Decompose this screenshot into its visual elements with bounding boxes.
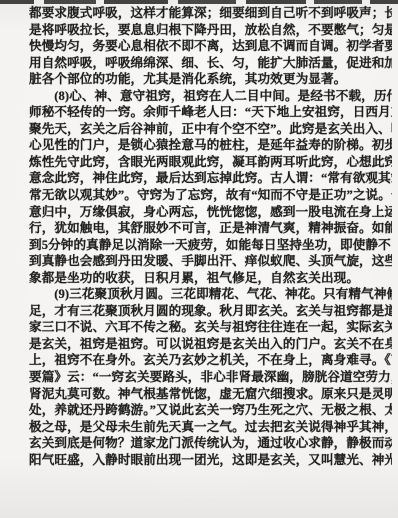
text-line: 常无欲以观其妙”。守窍为了忘窍，故有“知而不守是正功”之说。一 (29, 187, 392, 204)
scanned-book-page: 都要求腹式呼吸，这样才能算深；细要细到自己听不到呼吸声；长 是将呼吸拉长，要息息… (0, 0, 398, 518)
text-line: 极之母，是父母未生前先天真一之气。过去把玄关说得神乎其神， (29, 419, 392, 436)
text-line: 脏各个部位的功能，尤其是消化系统，其功效更为显著。 (29, 71, 392, 88)
text-line: 家三口不说、六耳不传之秘。玄关与祖窍往往连在一起，实际玄关 (29, 319, 392, 336)
text-line: 行，犹如触电，其舒服妙不可言，正是神清气爽，精神振奋。如能得 (29, 220, 392, 237)
text-line: 炼性先守此窍，含眼光两眼观此窍，凝耳韵两耳听此窍，心想此窍， (29, 154, 392, 171)
text-line: 处，养就还丹跨鹤游。”又说此玄关一窍乃生死之穴、无极之根、太 (29, 402, 392, 419)
scan-noise-speck (386, 447, 390, 450)
text-line-paragraph-9-start: (9)三花聚顶秋月圆。三花即精花、气花、神花。只有精气神修 (29, 286, 392, 303)
text-line: 意念此窍，神住此窍，最后达到忘掉此窍。古人谓：“常有欲观其窍， (29, 170, 392, 187)
text-line-paragraph-8-start: (8)心、神、意守祖窍，祖窍在人二目中间。是经书不载，历代祖 (29, 88, 392, 105)
text-line: 到5分钟的真静足以消除一天疲劳，如能每日坚持坐功，即使静不 (29, 237, 392, 254)
text-line: 到真静也会感到丹田发暖、手脚出汗、痒似蚁爬、头顶气旋，这些现 (29, 253, 392, 270)
text-line: 肾泥丸莫可数。神气根基常恍惚，虚无窟穴细搜求。原来只是灵明 (29, 386, 392, 403)
text-line: 上，祖窍不在身外。玄关乃玄妙之机关，不在身上，离身难寻。《节 (29, 352, 392, 369)
text-line: 师秘不轻传的一窍。余师千峰老人曰：“天下地上安祖窍，日西月东 (29, 104, 392, 121)
scan-artifact-strip (0, 0, 398, 4)
scan-noise-speck (44, 263, 47, 266)
text-line: 玄关到底是何物？道家龙门派传统认为，通过收心求静，静极而动， (29, 435, 392, 452)
page-text: 都要求腹式呼吸，这样才能算深；细要细到自己听不到呼吸声；长 是将呼吸拉长，要息息… (29, 5, 392, 468)
text-line: 阳气旺盛，入静时眼前出现一团光，这即是玄关，又叫慧光、神光。 (29, 452, 392, 469)
text-line: 是玄关，祖窍是祖窍。可以说祖窍是玄关出入的门户。玄关不在身 (29, 336, 392, 353)
text-line: 象都是坐功的收获，日积月累，祖气修足，自然玄关出现。 (29, 270, 392, 287)
text-line: 是将呼吸拉长，要息息归根下降丹田，放松自然，不要憋气；匀是既 (29, 22, 392, 39)
text-line: 心见性的门户，是锁心猿拴意马的桩柱，是延年益寿的阶梯。初步 (29, 137, 392, 154)
text-line: 用自然呼吸，呼吸绵绵深、细、长、匀，能扩大肺活量，促进和加强内 (29, 55, 392, 72)
text-line: 意归中，万缘俱寂，身心两忘，恍恍惚惚，感到一股电流在身上运 (29, 204, 392, 221)
text-line: 足，才有三花聚顶秋月圆的现象。秋月即玄关。玄关与祖窍都是道 (29, 303, 392, 320)
text-line: 快慢均匀，务要心息相依不即不离，达到息不调而自调。初学者要 (29, 38, 392, 55)
text-line: 要篇》云：“一窍玄关要路头，非心非肾最深幽，膀胱谷道空劳力，脾 (29, 369, 392, 386)
text-line: 聚先天，玄关之后谷神前，正中有个空不空”。此窍是玄关出入、明 (29, 121, 392, 138)
text-line: 都要求腹式呼吸，这样才能算深；细要细到自己听不到呼吸声；长 (29, 5, 392, 22)
